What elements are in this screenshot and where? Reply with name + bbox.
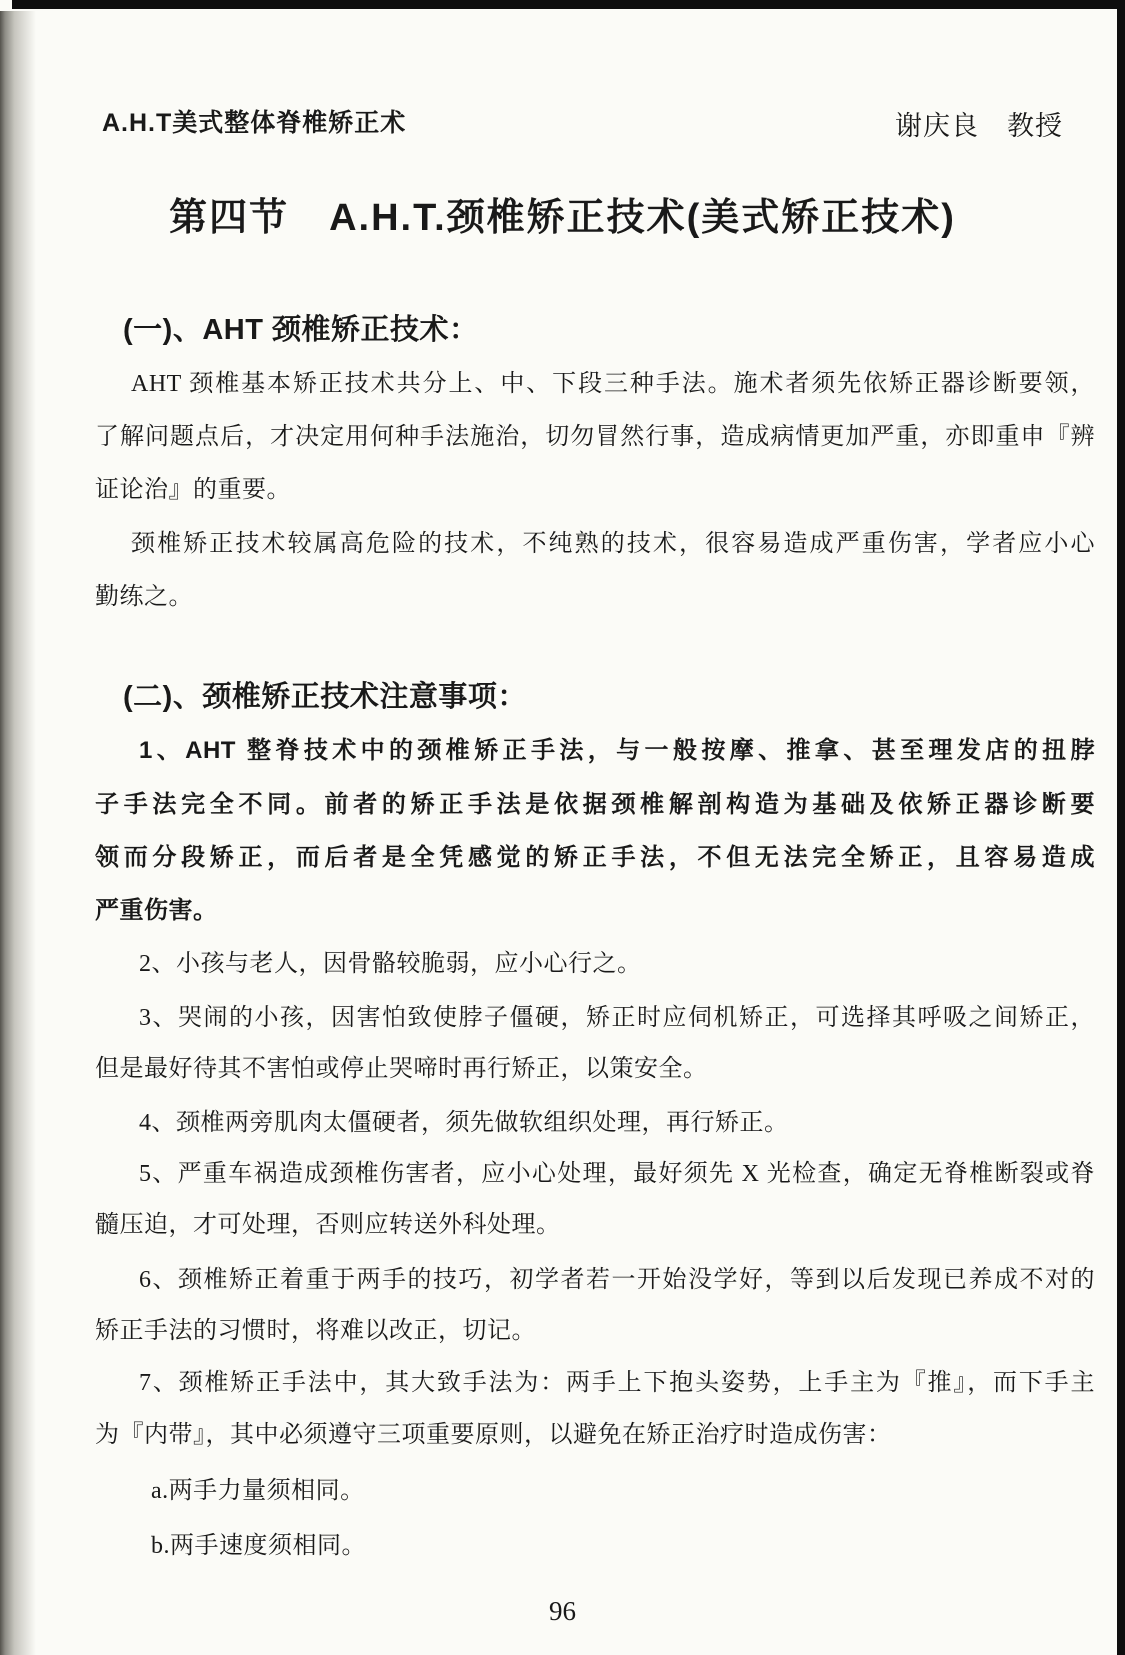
- item1-line3: 领而分段矫正，而后者是全凭感觉的矫正手法，不但无法完全矫正，且容易造成: [95, 842, 1095, 874]
- scan-edge-top: [12, 0, 1125, 9]
- item7-line1: 7、颈椎矫正手法中，其大致手法为：两手上下抱头姿势，上手主为『推』，而下手主: [95, 1367, 1095, 1399]
- item1-line1: 1、AHT 整脊技术中的颈椎矫正手法，与一般按摩、推拿、甚至理发店的扭脖: [95, 735, 1095, 767]
- section1-p1-line2: 了解问题点后，才决定用何种手法施治，切勿冒然行事，造成病情更加严重，亦即重申『辨: [95, 421, 1095, 453]
- running-header-right: 谢庆良 教授: [895, 104, 1063, 143]
- item6-line2: 矫正手法的习惯时，将难以改正，切记。: [95, 1315, 1095, 1347]
- item5-line2: 髓压迫，才可处理，否则应转送外科处理。: [95, 1209, 1095, 1241]
- section1-p2-line1: 颈椎矫正技术较属高危险的技术，不纯熟的技术，很容易造成严重伤害，学者应小心: [95, 528, 1095, 560]
- section1-p2-line2: 勤练之。: [95, 581, 1095, 613]
- item6-line1: 6、颈椎矫正着重于两手的技巧，初学者若一开始没学好，等到以后发现已养成不对的: [95, 1264, 1095, 1296]
- item3-line2: 但是最好待其不害怕或停止哭啼时再行矫正，以策安全。: [95, 1053, 1095, 1085]
- item4-line1: 4、颈椎两旁肌肉太僵硬者，须先做软组织处理，再行矫正。: [95, 1107, 1095, 1139]
- section-1-heading: (一)、AHT 颈椎矫正技术：: [95, 314, 1095, 346]
- sub-item-a: a.两手力量须相同。: [95, 1475, 1095, 1507]
- running-header-left: A.H.T美式整体脊椎矫正术: [102, 103, 406, 139]
- item2-line1: 2、小孩与老人，因骨骼较脆弱，应小心行之。: [95, 948, 1095, 980]
- item5-line1: 5、严重车祸造成颈椎伤害者，应小心处理，最好须先 X 光检查，确定无脊椎断裂或脊: [95, 1158, 1095, 1190]
- sub-item-b: b.两手速度须相同。: [95, 1530, 1095, 1562]
- item1-line4: 严重伤害。: [95, 895, 1095, 927]
- section1-p1-line1: AHT 颈椎基本矫正技术共分上、中、下段三种手法。施术者须先依矫正器诊断要领，: [95, 368, 1095, 400]
- item1-line2: 子手法完全不同。前者的矫正手法是依据颈椎解剖构造为基础及依矫正器诊断要: [95, 789, 1095, 821]
- item7-line2: 为『内带』，其中必须遵守三项重要原则，以避免在矫正治疗时造成伤害：: [95, 1419, 1095, 1451]
- page-number: 96: [0, 1596, 1125, 1627]
- scanned-document-page: A.H.T美式整体脊椎矫正术 谢庆良 教授 第四节 A.H.T.颈椎矫正技术(美…: [0, 0, 1125, 1655]
- scan-edge-right: [1117, 0, 1125, 1655]
- scan-edge-left-shadow: [0, 11, 36, 1655]
- item3-line1: 3、哭闹的小孩，因害怕致使脖子僵硬，矫正时应伺机矫正，可选择其呼吸之间矫正，: [95, 1002, 1095, 1034]
- section-2-heading: (二)、颈椎矫正技术注意事项：: [95, 681, 1095, 713]
- section1-p1-line3: 证论治』的重要。: [95, 474, 1095, 506]
- page-title: 第四节 A.H.T.颈椎矫正技术(美式矫正技术): [0, 186, 1125, 241]
